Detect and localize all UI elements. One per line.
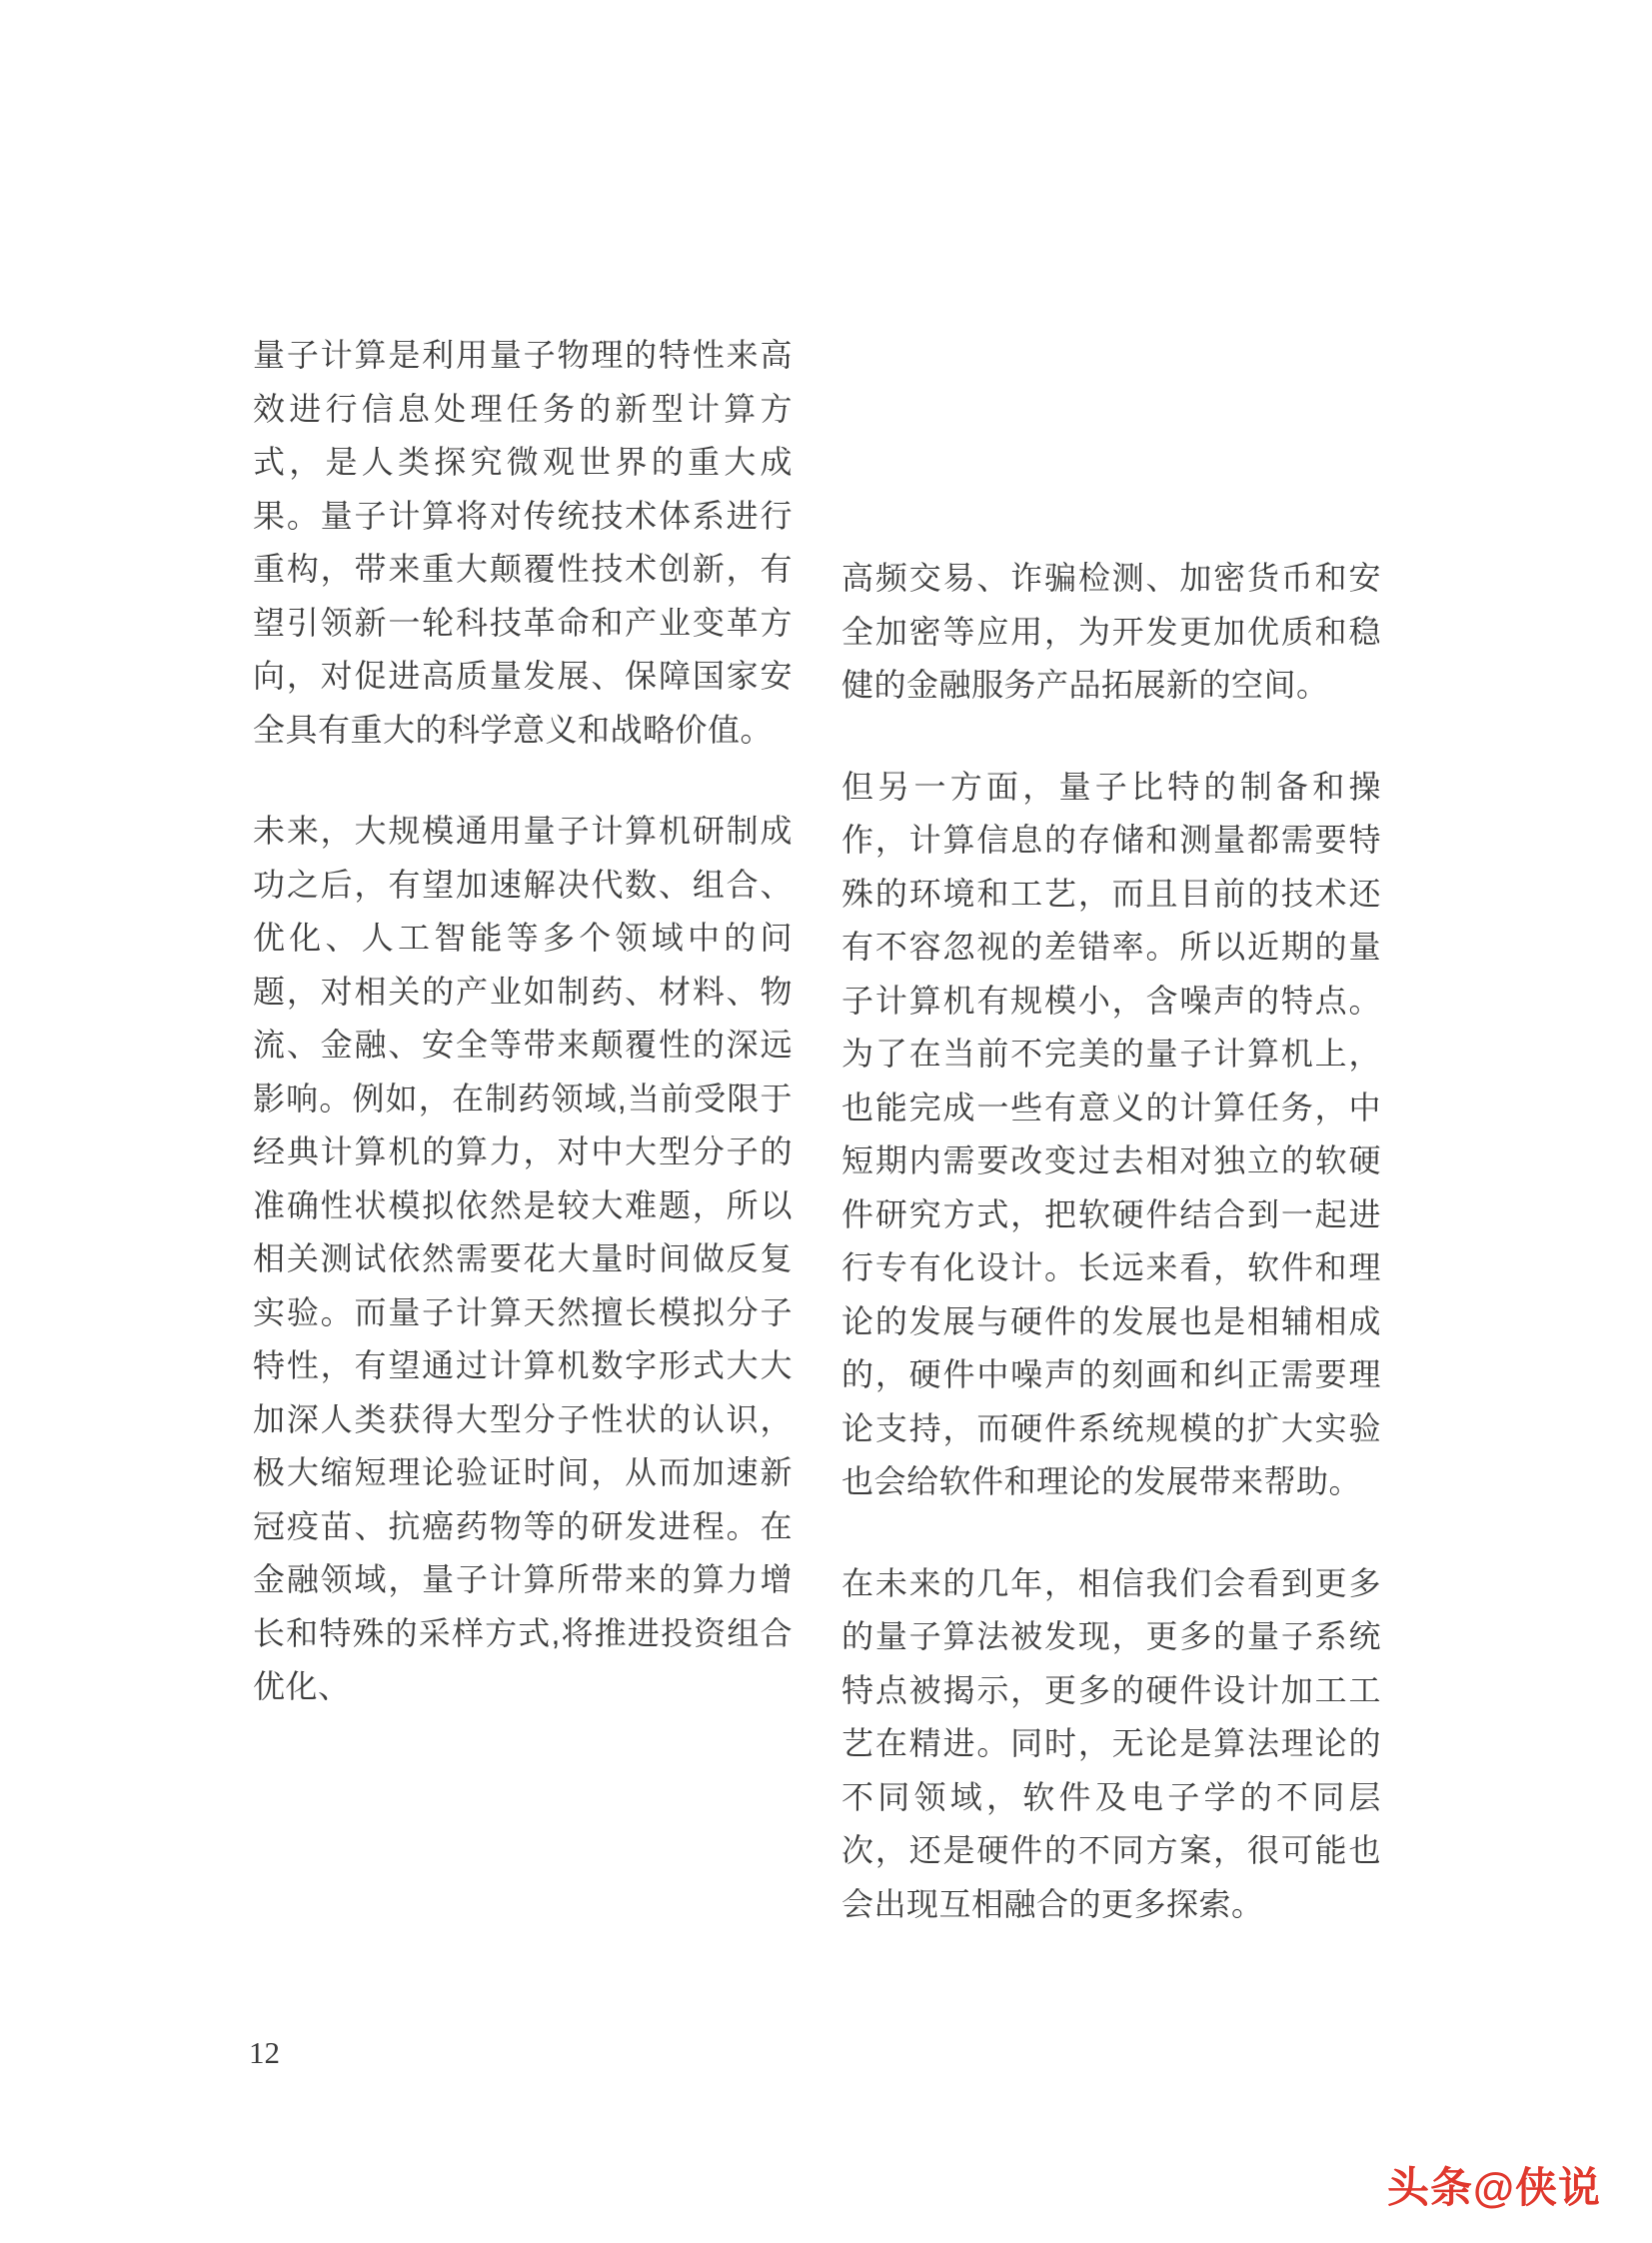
text-column-right: 高频交易、诈骗检测、加密货币和安全加密等应用，为开发更加优质和稳健的金融服务产品…	[841, 552, 1381, 1979]
text-column-left: 量子计算是利用量子物理的特性来高效进行信息处理任务的新型计算方式，是人类探究微观…	[253, 329, 793, 1762]
watermark: 头条@侠说	[1387, 2155, 1601, 2215]
document-page: 量子计算是利用量子物理的特性来高效进行信息处理任务的新型计算方式，是人类探究微观…	[0, 0, 1652, 2243]
paragraph: 量子计算是利用量子物理的特性来高效进行信息处理任务的新型计算方式，是人类探究微观…	[253, 329, 793, 757]
paragraph: 但另一方面，量子比特的制备和操作，计算信息的存储和测量都需要特殊的环境和工艺，而…	[841, 761, 1381, 1509]
paragraph: 未来，大规模通用量子计算机研制成功之后，有望加速解决代数、组合、优化、人工智能等…	[253, 805, 793, 1714]
page-number: 12	[249, 2035, 280, 2071]
paragraph: 在未来的几年，相信我们会看到更多的量子算法被发现，更多的量子系统特点被揭示，更多…	[841, 1557, 1381, 1932]
paragraph: 高频交易、诈骗检测、加密货币和安全加密等应用，为开发更加优质和稳健的金融服务产品…	[841, 552, 1381, 713]
